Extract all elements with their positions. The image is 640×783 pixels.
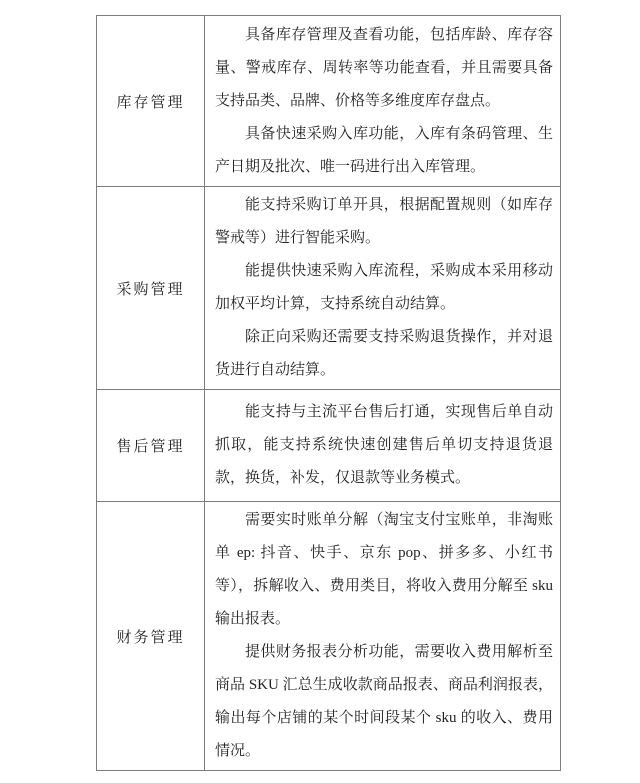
requirement-paragraph: 除正向采购还需要支持采购退货操作，并对退货进行自动结算。	[215, 321, 553, 387]
requirement-paragraph: 提供财务报表分析功能，需要收入费用解析至商品 SKU 汇总生成收款商品报表、商品…	[215, 636, 553, 768]
category-cell-inventory: 库存管理	[97, 16, 205, 187]
category-label: 售后管理	[116, 439, 184, 455]
category-label: 库存管理	[116, 95, 184, 111]
requirement-paragraph: 能提供快速采购入库流程，采购成本采用移动加权平均计算，支持系统自动结算。	[215, 255, 553, 321]
content-cell-aftersales: 能支持与主流平台售后打通，实现售后单自动抓取，能支持系统快速创建售后单切支持退货…	[205, 390, 561, 502]
content-cell-finance: 需要实时账单分解（淘宝支付宝账单，非淘账单 ep: 抖音、快手、京东 pop、拼…	[205, 502, 561, 771]
requirement-paragraph: 具备快速采购入库功能，入库有条码管理、生产日期及批次、唯一码进行出入库管理。	[215, 118, 553, 184]
category-cell-procurement: 采购管理	[97, 187, 205, 390]
content-cell-inventory: 具备库存管理及查看功能，包括库龄、库存容量、警戒库存、周转率等功能查看，并且需要…	[205, 16, 561, 187]
document-page: 库存管理 具备库存管理及查看功能，包括库龄、库存容量、警戒库存、周转率等功能查看…	[0, 0, 640, 783]
requirement-paragraph: 需要实时账单分解（淘宝支付宝账单，非淘账单 ep: 抖音、快手、京东 pop、拼…	[215, 504, 553, 636]
table-row-aftersales: 售后管理 能支持与主流平台售后打通，实现售后单自动抓取，能支持系统快速创建售后单…	[97, 390, 561, 502]
requirement-paragraph: 能支持采购订单开具，根据配置规则（如库存警戒等）进行智能采购。	[215, 189, 553, 255]
table-row-inventory: 库存管理 具备库存管理及查看功能，包括库龄、库存容量、警戒库存、周转率等功能查看…	[97, 16, 561, 187]
category-cell-aftersales: 售后管理	[97, 390, 205, 502]
table-row-procurement: 采购管理 能支持采购订单开具，根据配置规则（如库存警戒等）进行智能采购。 能提供…	[97, 187, 561, 390]
category-label: 采购管理	[116, 282, 184, 298]
requirement-paragraph: 具备库存管理及查看功能，包括库龄、库存容量、警戒库存、周转率等功能查看，并且需要…	[215, 19, 553, 118]
table-row-finance: 财务管理 需要实时账单分解（淘宝支付宝账单，非淘账单 ep: 抖音、快手、京东 …	[97, 502, 561, 771]
requirements-table: 库存管理 具备库存管理及查看功能，包括库龄、库存容量、警戒库存、周转率等功能查看…	[96, 15, 561, 771]
category-label: 财务管理	[116, 630, 184, 646]
category-cell-finance: 财务管理	[97, 502, 205, 771]
requirement-paragraph: 能支持与主流平台售后打通，实现售后单自动抓取，能支持系统快速创建售后单切支持退货…	[215, 396, 553, 495]
content-cell-procurement: 能支持采购订单开具，根据配置规则（如库存警戒等）进行智能采购。 能提供快速采购入…	[205, 187, 561, 390]
